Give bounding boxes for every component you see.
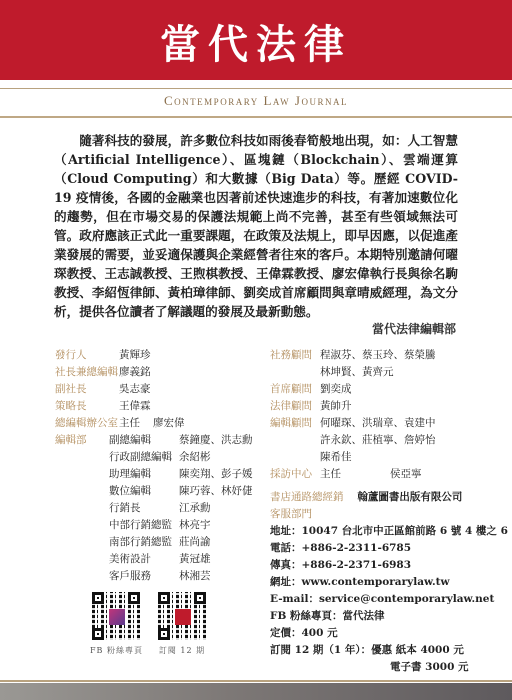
staff-value: 吳志豪: [119, 381, 151, 398]
editorial-row: 行政副總編輯 余紹彬: [55, 449, 255, 466]
editorial-row: 編輯部 副總編輯 蔡鐘慶、洪志勳: [55, 432, 255, 449]
staff-role: 客戶服務: [109, 568, 179, 585]
editorial-row: 美術設計 黃冠雄: [55, 551, 255, 568]
phone: 電話：+886-2-2311-6785: [270, 540, 490, 557]
advisor-role: 主任: [320, 466, 390, 483]
footer-band: [0, 683, 512, 700]
staff-value: 王偉霖: [119, 398, 151, 415]
advisor-value: 劉奕成: [320, 381, 352, 398]
advisor-label: 社務顧問: [270, 347, 320, 364]
editorial-row: 行銷長 江承勳: [55, 500, 255, 517]
staff-row: 發行人 黃輝珍: [55, 347, 255, 364]
qr-subscription[interactable]: 訂閱 12 期: [156, 590, 208, 656]
editorial-intro: 隨著科技的發展，許多數位科技如雨後春筍般地出現，如：人工智慧（Artificia…: [54, 131, 458, 321]
distribution-row: 書店通路總經銷 翰蘆圖書出版有限公司: [270, 489, 462, 504]
customer-service-label: 客服部門: [270, 506, 312, 521]
editorial-signature: 當代法律編輯部: [372, 320, 456, 337]
advisor-value: 侯亞寧: [390, 466, 422, 483]
editorial-row: 助理編輯 陳奕翔、彭子媛: [55, 466, 255, 483]
facebook-page: FB 粉絲專頁：當代法律: [270, 608, 490, 625]
editorial-row: 數位編輯 陳巧蓉、林妤倢: [55, 483, 255, 500]
subscription-ebook: 電子書 3000 元: [270, 659, 490, 676]
journal-title: 當代法律: [160, 13, 352, 70]
address: 地址：10047 台北市中正區館前路 6 號 4 樓之 6: [270, 523, 490, 540]
advisor-row: 法律顧問 黃帥升: [270, 398, 470, 415]
website-link[interactable]: 網址：www.contemporarylaw.tw: [270, 574, 490, 591]
staff-value: 陳巧蓉、林妤倢: [179, 483, 253, 500]
advisor-row: 首席顧問 劉奕成: [270, 381, 470, 398]
staff-row: 副社長 吳志豪: [55, 381, 255, 398]
staff-role: 美術設計: [109, 551, 179, 568]
staff-label: 社長兼總編輯: [55, 364, 119, 381]
staff-value: 廖義銘: [119, 364, 151, 381]
contact-info: 地址：10047 台北市中正區館前路 6 號 4 樓之 6 電話：+886-2-…: [270, 523, 490, 676]
staff-value: 陳奕翔、彭子媛: [179, 466, 253, 483]
footer-divider: [0, 680, 512, 682]
editorial-row: 南部行銷總監 莊尚諭: [55, 534, 255, 551]
staff-row: 總編輯辦公室 主任 廖宏偉: [55, 415, 255, 432]
staff-label: 策略長: [55, 398, 119, 415]
staff-label: 總編輯辦公室: [55, 415, 119, 432]
staff-role: 行銷長: [109, 500, 179, 517]
staff-value: 林亮宇: [179, 517, 211, 534]
staff-row: 社長兼總編輯 廖義銘: [55, 364, 255, 381]
advisor-value: 黃帥升: [320, 398, 352, 415]
advisor-value: 何曜琛、洪瑞章、袁建中: [320, 415, 436, 432]
advisor-value: 許永欽、莊植寧、詹婷怡: [320, 432, 436, 449]
advisor-value: 陳希佳: [320, 449, 352, 466]
advisor-row: 編輯顧問 何曜琛、洪瑞章、袁建中: [270, 415, 470, 432]
subscription-qr-icon[interactable]: [156, 590, 208, 642]
facebook-qr-icon[interactable]: [90, 590, 142, 642]
staff-role: 數位編輯: [109, 483, 179, 500]
intro-paragraph: 隨著科技的發展，許多數位科技如雨後春筍般地出現，如：人工智慧（Artificia…: [54, 131, 458, 321]
qr-caption: 訂閱 12 期: [156, 645, 208, 656]
staff-role: 行政副總編輯: [109, 449, 179, 466]
divider: [0, 88, 512, 89]
qr-logo-icon: [109, 609, 125, 625]
staff-value: 黃冠雄: [179, 551, 211, 568]
subscription-print: 訂閱 12 期（1 年）：優惠 紙本 4000 元: [270, 642, 490, 659]
advisor-label: 法律顧問: [270, 398, 320, 415]
staff-value: 余紹彬: [179, 449, 211, 466]
staff-value: 莊尚諭: [179, 534, 211, 551]
staff-role: 中部行銷總監: [109, 517, 179, 534]
advisor-row: 林坤賢、黃齊元: [270, 364, 470, 381]
staff-role: 南部行銷總監: [109, 534, 179, 551]
qr-logo-icon: [175, 609, 191, 625]
advisor-row: 社務顧問 程淑芬、蔡玉玲、蔡榮騰: [270, 347, 470, 364]
staff-value: 江承勳: [179, 500, 211, 517]
staff-value: 蔡鐘慶、洪志勳: [179, 432, 253, 449]
staff-value: 林湘芸: [179, 568, 211, 585]
staff-value: 廖宏偉: [153, 415, 185, 432]
masthead: 當代法律: [0, 0, 512, 80]
advisor-label: 編輯顧問: [270, 415, 320, 432]
qr-code-area: FB 粉絲專頁 訂閱 12 期: [90, 590, 208, 656]
fax: 傳真：+886-2-2371-6983: [270, 557, 490, 574]
advisor-row: 採訪中心 主任 侯亞寧: [270, 466, 470, 483]
advisor-value: 林坤賢、黃齊元: [320, 364, 394, 381]
staff-right-column: 社務顧問 程淑芬、蔡玉玲、蔡榮騰 林坤賢、黃齊元 首席顧問 劉奕成 法律顧問 黃…: [270, 347, 470, 483]
advisor-row: 許永欽、莊植寧、詹婷怡: [270, 432, 470, 449]
advisor-value: 程淑芬、蔡玉玲、蔡榮騰: [320, 347, 436, 364]
staff-role: 副總編輯: [109, 432, 179, 449]
staff-role: 主任: [119, 415, 153, 432]
price: 定價：400 元: [270, 625, 490, 642]
qr-caption: FB 粉絲專頁: [90, 645, 142, 656]
advisor-label: 採訪中心: [270, 466, 320, 483]
journal-subtitle: Contemporary Law Journal: [0, 93, 512, 109]
staff-role: 助理編輯: [109, 466, 179, 483]
staff-label: 副社長: [55, 381, 119, 398]
distribution-value: 翰蘆圖書出版有限公司: [357, 491, 462, 503]
email-link[interactable]: E-mail：service@contemporarylaw.net: [270, 591, 490, 608]
advisor-row: 陳希佳: [270, 449, 470, 466]
editorial-dept-label: 編輯部: [55, 432, 109, 449]
staff-label: 發行人: [55, 347, 119, 364]
editorial-row: 中部行銷總監 林亮宇: [55, 517, 255, 534]
staff-left-column: 發行人 黃輝珍 社長兼總編輯 廖義銘 副社長 吳志豪 策略長 王偉霖 總編輯辦公…: [55, 347, 255, 585]
staff-value: 黃輝珍: [119, 347, 151, 364]
editorial-row: 客戶服務 林湘芸: [55, 568, 255, 585]
staff-row: 策略長 王偉霖: [55, 398, 255, 415]
qr-facebook[interactable]: FB 粉絲專頁: [90, 590, 142, 656]
advisor-label: 首席顧問: [270, 381, 320, 398]
distribution-label: 書店通路總經銷: [270, 489, 354, 504]
divider: [0, 116, 512, 118]
